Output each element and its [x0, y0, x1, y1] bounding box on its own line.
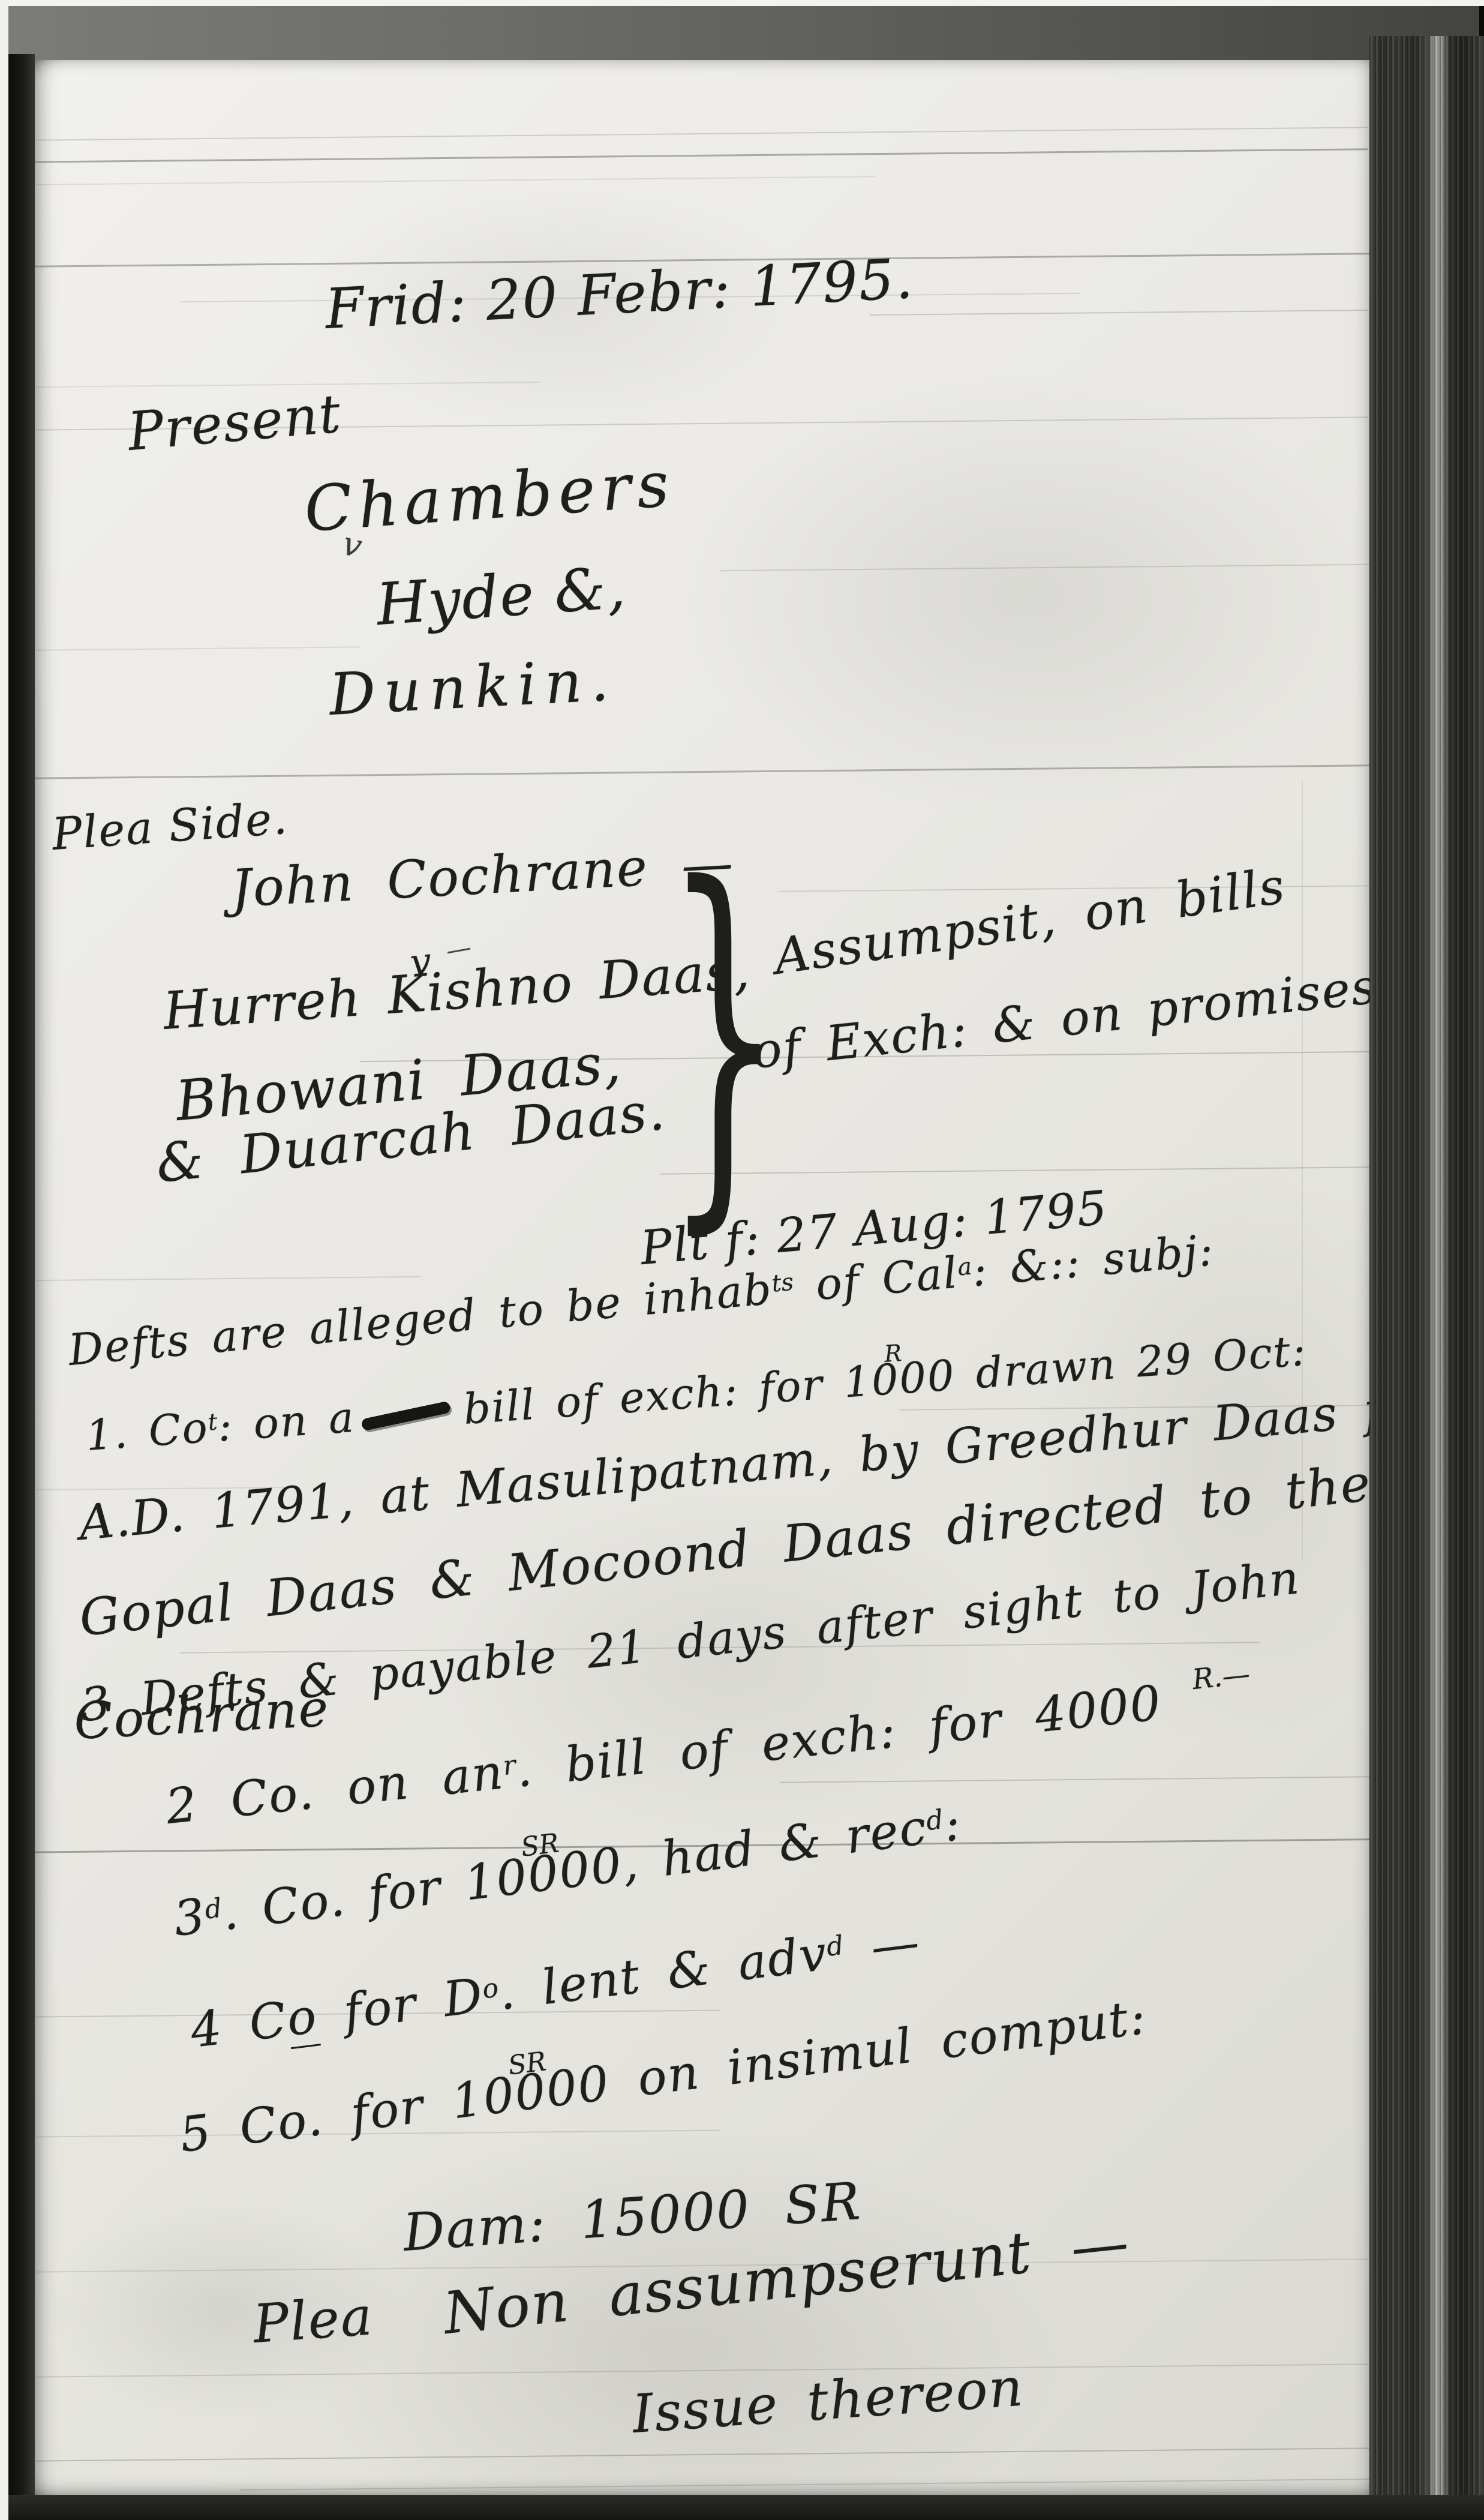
text-segment: 1. Co	[84, 1403, 210, 1460]
book-top-edge	[6, 5, 1479, 60]
superscript: ts	[771, 1268, 795, 1298]
rupee-superscript: R.—	[1191, 1657, 1251, 1696]
scan-border	[0, 0, 8, 2520]
page-fore-edge	[1369, 36, 1484, 2520]
manuscript-scan: Frid: 20 Febr: 1795. Present Chambers v …	[0, 0, 1484, 2520]
amount: 1000R	[842, 1351, 957, 1408]
book-bottom-edge	[7, 2495, 1484, 2520]
rupee-superscript: R	[884, 1340, 903, 1368]
struck-out-word	[361, 1401, 452, 1432]
rupee-superscript: SR	[506, 2046, 548, 2081]
text-segment: 4 C	[188, 1991, 291, 2059]
text-segment: —	[841, 1913, 924, 1978]
plea-label: Plea	[251, 2285, 375, 2355]
binding-gutter	[7, 54, 35, 2514]
rupee-superscript: SR	[519, 1828, 561, 1862]
scan-border	[0, 0, 1484, 6]
text-segment: : on a	[216, 1393, 356, 1451]
